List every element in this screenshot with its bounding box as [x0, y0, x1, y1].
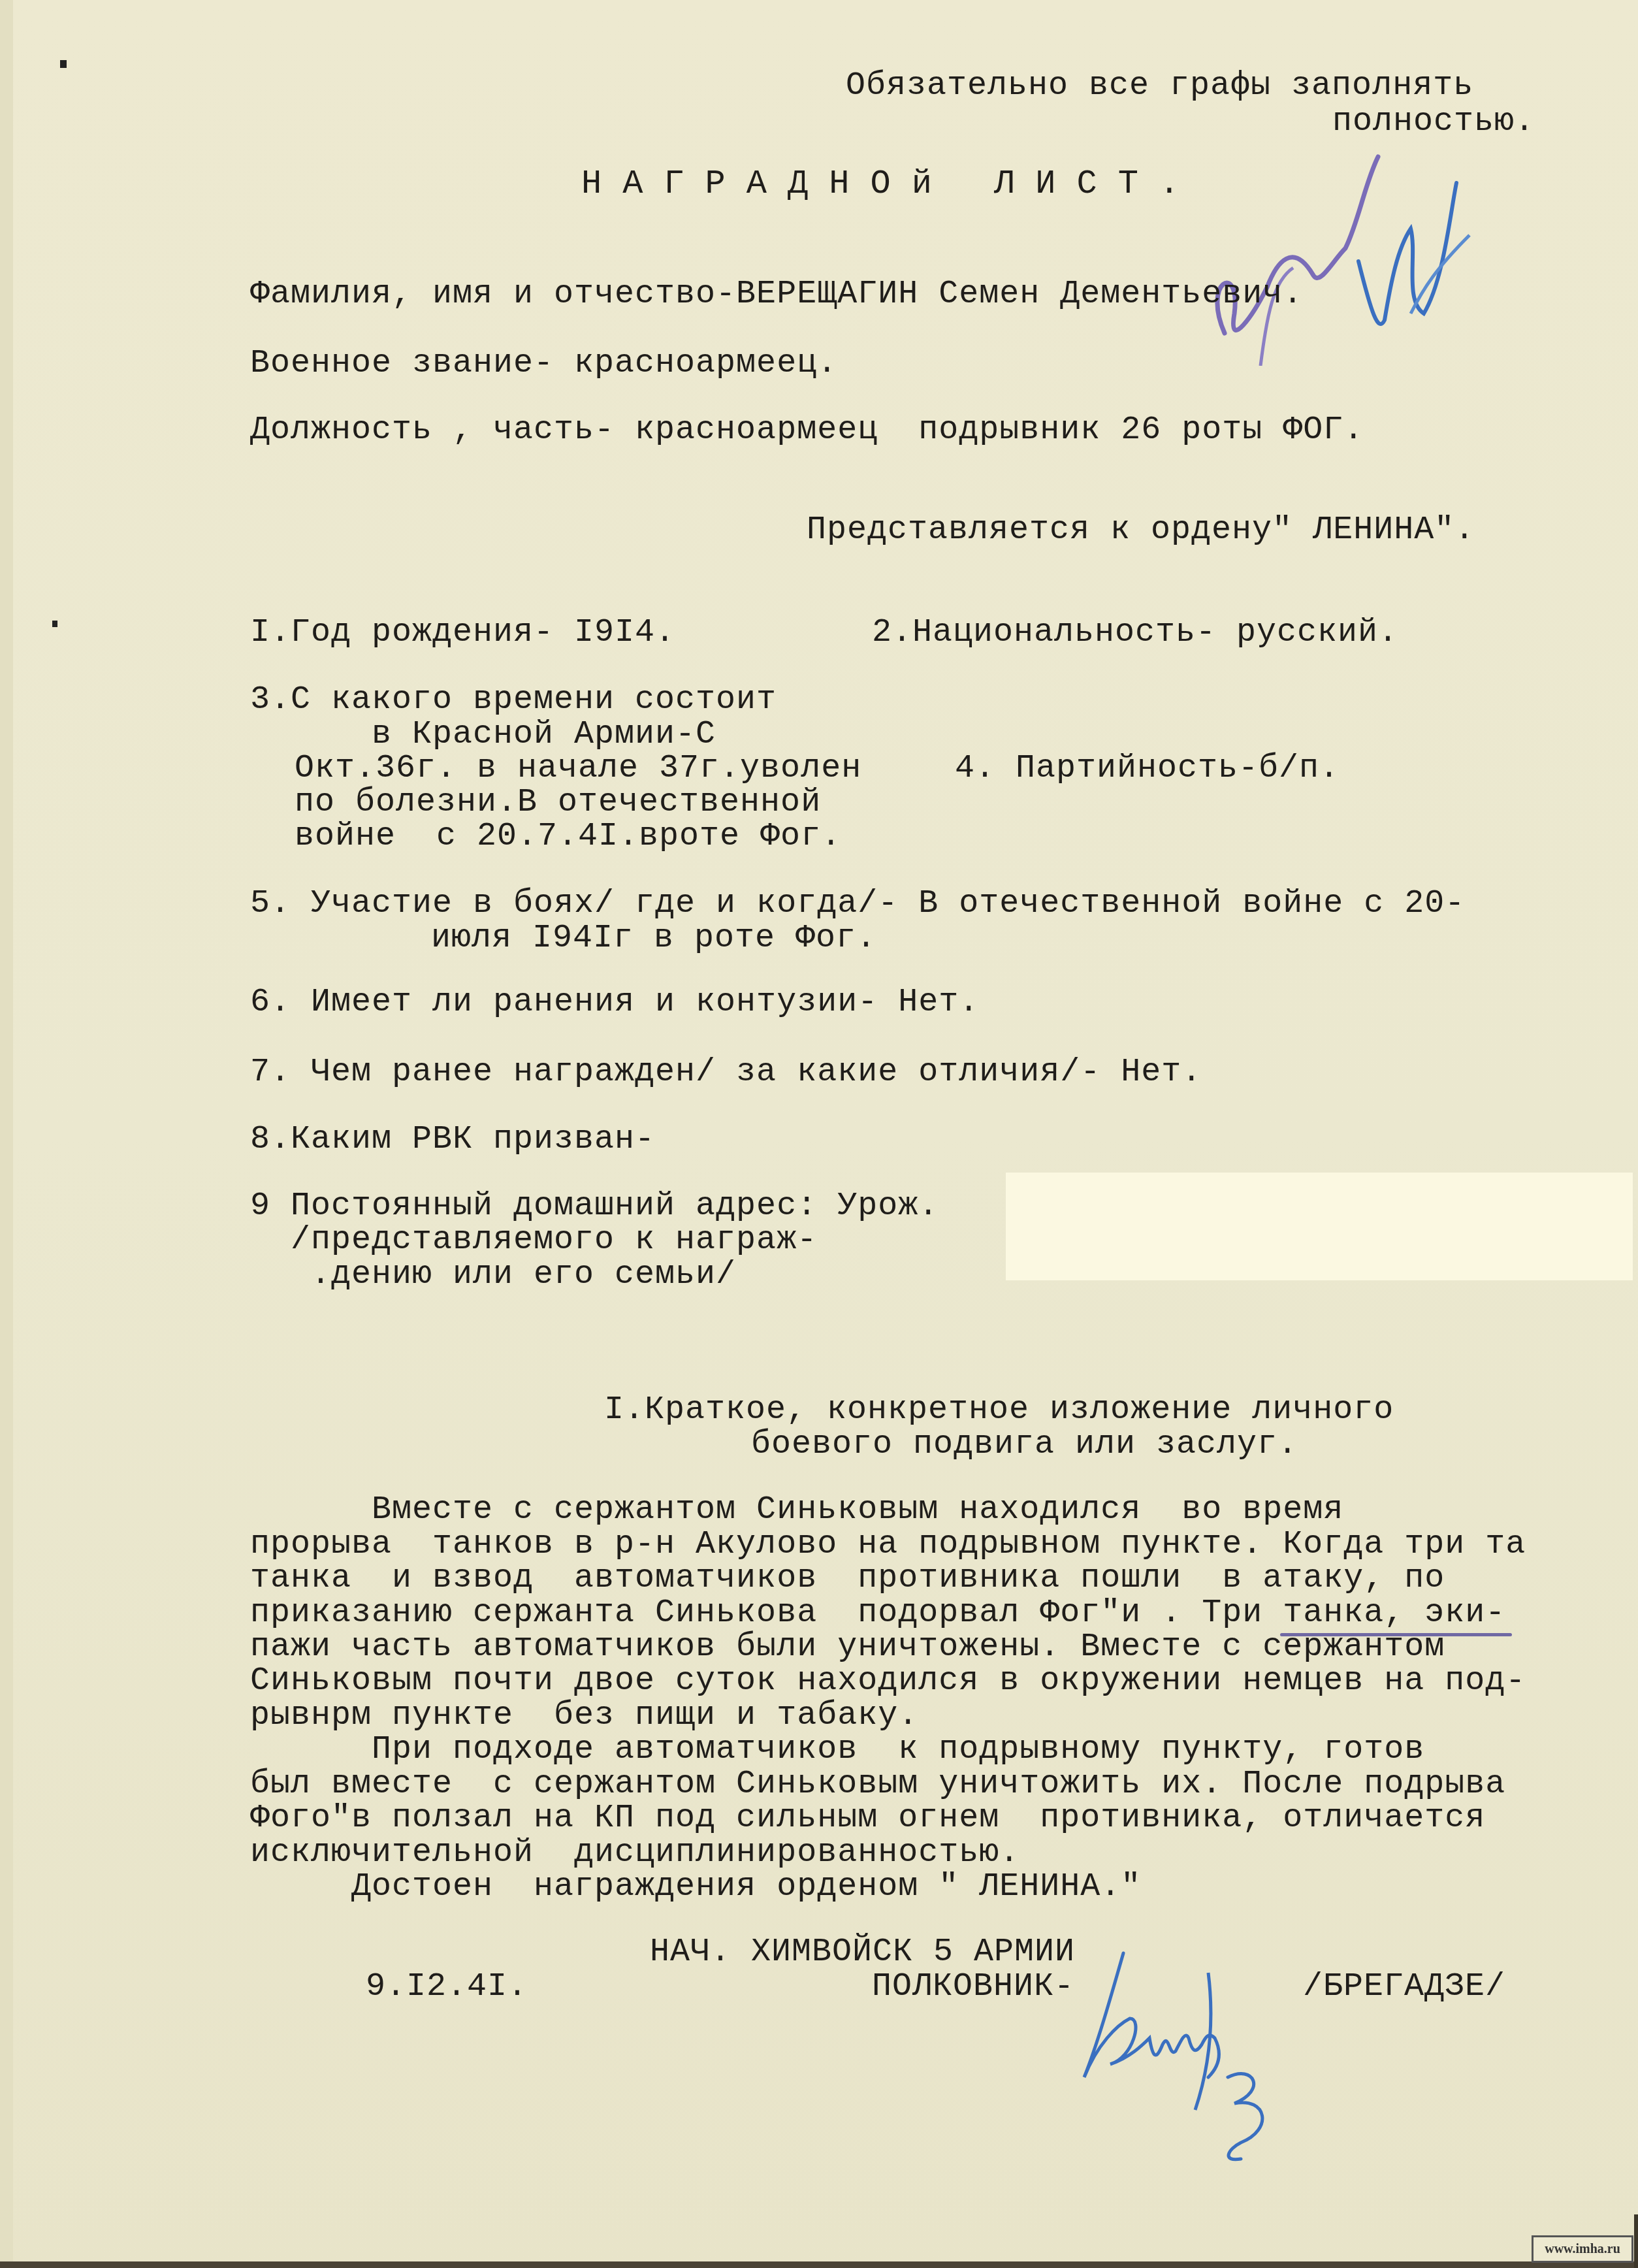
award-nomination: Представляется к ордену" ЛЕНИНА".: [807, 513, 1475, 548]
field-nationality: 2.Национальность- русский.: [872, 615, 1398, 651]
narrative-line: рывнрм пункте без пищи и табаку.: [250, 1698, 918, 1734]
field-previous-awards: 7. Чем ранее награжден/ за какие отличия…: [250, 1055, 1202, 1090]
rank-field: Военное звание- красноармеец.: [250, 346, 837, 381]
signer-title: НАЧ. ХИМВОЙСК 5 АРМИИ: [650, 1935, 1075, 1970]
narrative-line: приказанию сержанта Синькова подорвал Фо…: [250, 1596, 1505, 1631]
field-battles-line-1: 5. Участие в боях/ где и когда/- В отече…: [250, 886, 1465, 922]
narrative-line: танка и взвод автоматчиков противника по…: [250, 1561, 1445, 1596]
signature-icon: [1071, 1947, 1411, 2162]
watermark-link[interactable]: www.imha.ru: [1532, 2235, 1633, 2263]
field-service-since-line: Окт.36г. в начале 37г.уволен: [274, 751, 861, 786]
handwritten-annotation-icon: [1163, 118, 1489, 366]
field-party-membership: 4. Партийность-б/п.: [955, 751, 1340, 786]
margin-mark: [60, 60, 67, 68]
narrative-line: Вместе с сержантом Синьковым находился в…: [250, 1493, 1343, 1528]
section-heading-line-2: боевого подвига или заслуг.: [751, 1427, 1298, 1463]
field-birth-year: I.Год рождения- I9I4.: [250, 615, 675, 651]
document-title: НАГРАДНОй ЛИСТ.: [581, 167, 1200, 202]
field-service-since-line: в Красной Армии-С: [250, 717, 716, 753]
narrative-line: исключительной дисциплинированностью.: [250, 1836, 1020, 1871]
narrative-line: Достоен награждения орденом " ЛЕНИНА.": [250, 1870, 1141, 1905]
narrative-line: При подходе автоматчиков к подрывному пу…: [250, 1732, 1424, 1768]
section-heading-line-1: I.Краткое, конкретное изложение личного: [604, 1393, 1394, 1428]
signer-rank: ПОЛКОВНИК-: [872, 1969, 1074, 2005]
field-service-since-line: 3.С какого времени состоит: [250, 683, 777, 718]
instruction-line-1: Обязательно все графы заполнять: [846, 69, 1473, 104]
position-field: Должность , часть- красноармеец подрывни…: [250, 413, 1364, 448]
field-home-address-line: 9 Постоянный домашний адрес: Урож.: [250, 1189, 939, 1224]
narrative-line: Фого"в ползал на КП под сильным огнем пр…: [250, 1801, 1485, 1836]
field-service-since-line: войне с 20.7.4I.вроте Фог.: [274, 819, 841, 854]
narrative-line: Синьковым почти двое суток находился в о…: [250, 1664, 1526, 1699]
field-home-address-line: /представляемого к награж-: [250, 1223, 817, 1258]
page-left-edge: [0, 0, 13, 2268]
narrative-line: пажи часть автоматчиков были уничтожены.…: [250, 1630, 1445, 1665]
margin-mark: [52, 621, 57, 627]
field-home-address-line: .дению или его семьи/: [250, 1257, 736, 1293]
field-battles-line-2: июля I94Iг в роте Фог.: [431, 921, 876, 956]
page-bottom-edge: [0, 2261, 1638, 2268]
name-field: Фамилия, имя и отчество-ВЕРЕЩАГИН Семен …: [250, 277, 1303, 312]
document-date: 9.I2.4I.: [366, 1969, 528, 2005]
page-right-edge: [1634, 2214, 1638, 2268]
narrative-line: был вместе с сержантом Синьковым уничтож…: [250, 1767, 1505, 1802]
narrative-line: прорыва танков в р-н Акулово на подрывно…: [250, 1527, 1526, 1563]
field-service-since-line: по болезни.В отечественной: [274, 785, 821, 820]
field-draft-office: 8.Каким РВК призван-: [250, 1122, 655, 1158]
redacted-address-block: [1006, 1173, 1633, 1280]
field-wounds: 6. Имеет ли ранения и контузии- Нет.: [250, 985, 979, 1020]
